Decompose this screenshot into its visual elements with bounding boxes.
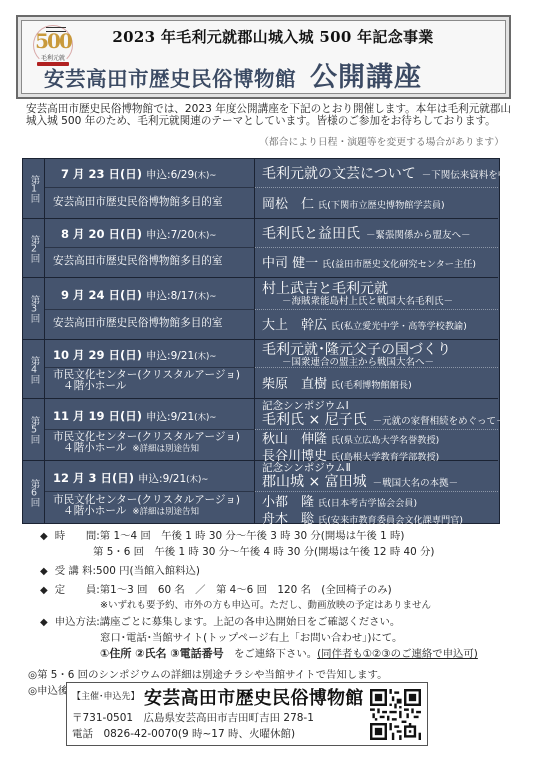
lecture-topic: 記念シンポジウムⅡ郡山城 × 富田城－戦国大名の本拠－: [262, 463, 458, 490]
lecture-topic: 毛利元就･隆元父子の国づくり－国衆連合の盟主から戦国大名へ－: [262, 342, 451, 368]
speakers: 大上 幹広氏(私立愛光中学・高等学校教諭): [262, 317, 467, 334]
application-channels: 窓口･電話･当館サイト(トップページ右上「お問い合わせ」)にて。: [100, 629, 402, 644]
venue: 市民文化センター(クリスタルアージョ)４階小ホール※詳細は別途告知: [53, 432, 240, 455]
table-row: 第2回 8 月 20 日(日)申込:7/20(木)~ 安芸高田市歴史民俗博物館多…: [23, 219, 498, 278]
speaker: 小都 隆氏(日本考古学協会会員): [262, 494, 463, 511]
venue: 安芸高田市歴史民俗博物館多目的室: [53, 318, 223, 329]
speaker: 大上 幹広氏(私立愛光中学・高等学校教諭): [262, 317, 467, 334]
speaker: 柴原 直樹氏(毛利博物館館長): [262, 376, 412, 393]
table-row: 第4回 10 月 29 日(日)申込:9/21(木)~ 市民文化センター(クリス…: [23, 340, 498, 399]
speakers: 岡松 仁氏(下関市立歴史博物館学芸員): [262, 196, 445, 213]
venue: 市民文化センター(クリスタルアージョ)４階小ホール※詳細は別途告知: [53, 495, 240, 518]
page-title: 安芸高田市歴史民俗博物館公開講座: [44, 55, 504, 94]
lecture-date: 11 月 19 日(日)申込:9/21(木)~: [53, 408, 216, 424]
venue: 市民文化センター(クリスタルアージョ)４階小ホール: [53, 370, 240, 392]
speaker: 岡松 仁氏(下関市立歴史博物館学芸員): [262, 196, 445, 213]
intro-text: 安芸高田市歴史民俗博物館では、2023 年度公開講座を下記のとおり開催します。本…: [26, 104, 516, 127]
speaker: 舟木 聡氏(安来市教育委員会文化課専門官): [262, 511, 463, 528]
application-required-info: ①住所 ②氏名 ③電話番号 をご連絡下さい。(同伴者も①②③のご連絡で申込可): [100, 645, 478, 661]
table-row: 第3回 9 月 24 日(日)申込:8/17(木)~ 安芸高田市歴史民俗博物館多…: [23, 278, 498, 340]
header-banner: 500 毛利元就 2023 年毛利元就郡山城入城 500 年記念事業 安芸高田市…: [16, 15, 511, 99]
lecture-date: 12 月 3 日(日)申込:9/21(木)~: [53, 470, 208, 486]
address: 〒731-0501 広島県安芸高田市吉田町吉田 278-1: [72, 710, 314, 725]
capacity-info: ◆定 員:第1～3 回 60 名 ／ 第 4～6 回 120 名 (全回椅子のみ…: [40, 581, 392, 596]
fee-info: ◆受 講 料:500 円(当館入館料込): [40, 562, 200, 577]
diamond-bullet-icon: ◆: [40, 531, 48, 542]
application-method: ◆申込方法:講座ごとに募集します。上記の各申込開始日をご確認ください。: [40, 613, 400, 628]
lecture-date: 8 月 20 日(日)申込:7/20(木)~: [61, 226, 216, 242]
lecture-title: 公開講座: [310, 62, 422, 93]
organizer-label: 【主催･申込先】: [72, 689, 140, 702]
schedule-change-note: （都合により日程・演題等を変更する場合があります）: [0, 134, 504, 148]
round-number: 第6回: [23, 461, 45, 523]
speakers: 中司 健一氏(益田市歴史文化研究センター主任): [262, 255, 476, 272]
lecture-topic: 村上武吉と毛利元就－海賊衆能島村上氏と戦国大名毛利氏－: [262, 281, 453, 307]
round-number: 第5回: [23, 399, 45, 460]
round-number: 第1回: [23, 159, 45, 218]
venue: 安芸高田市歴史民俗博物館多目的室: [53, 256, 223, 267]
phone: 電話 0826-42-0070(9 時~17 時、火曜休館): [72, 726, 295, 741]
organizer-contact-box: 【主催･申込先】 安芸高田市歴史民俗博物館 〒731-0501 広島県安芸高田市…: [66, 682, 428, 746]
speakers: 柴原 直樹氏(毛利博物館館長): [262, 376, 412, 393]
round-number: 第4回: [23, 340, 45, 398]
organizer-name: 安芸高田市歴史民俗博物館: [144, 684, 364, 710]
lecture-topic: 毛利元就の文芸について－下関伝来資料を中心に－: [262, 166, 536, 182]
table-row: 第1回 7 月 23 日(日)申込:6/29(木)~ 安芸高田市歴史民俗博物館多…: [23, 159, 498, 219]
symposium-notice: ◎第 5・6 回のシンポジウムの詳細は別途チラシや当館サイトで告知します。: [28, 666, 387, 681]
lecture-topic: 毛利氏と益田氏－緊張関係から盟友へ－: [262, 226, 471, 242]
round-number: 第2回: [23, 219, 45, 277]
qr-code-icon[interactable]: [370, 689, 421, 740]
lecture-date: 7 月 23 日(日)申込:6/29(木)~: [61, 166, 216, 182]
table-row: 第6回 12 月 3 日(日)申込:9/21(木)~ 市民文化センター(クリスタ…: [23, 461, 498, 523]
museum-name: 安芸高田市歴史民俗博物館: [44, 67, 296, 91]
round-number: 第3回: [23, 278, 45, 339]
event-subtitle: 2023 年毛利元就郡山城入城 500 年記念事業: [103, 26, 443, 47]
lecture-topic: 記念シンポジウムⅠ毛利氏 × 尼子氏－元就の家督相続をめぐって－: [262, 401, 505, 428]
speaker: 中司 健一氏(益田市歴史文化研究センター主任): [262, 255, 476, 272]
speaker: 秋山 伸隆氏(県立広島大学名誉教授): [262, 431, 439, 448]
lecture-date: 10 月 29 日(日)申込:9/21(木)~: [53, 347, 216, 363]
diamond-bullet-icon: ◆: [40, 566, 48, 577]
speakers: 秋山 伸隆氏(県立広島大学名誉教授) 長谷川博史氏(島根大学教育学部教授): [262, 431, 439, 464]
capacity-note: ※いずれも要予約、市外の方も申込可。ただし、動画放映の予定はありません: [100, 597, 431, 611]
diamond-bullet-icon: ◆: [40, 585, 48, 596]
diamond-bullet-icon: ◆: [40, 617, 48, 628]
time-info: ◆時 間:第 1～4 回 午後 1 時 30 分～午後 3 時 30 分(開場は…: [40, 527, 404, 542]
lecture-schedule-table: 第1回 7 月 23 日(日)申込:6/29(木)~ 安芸高田市歴史民俗博物館多…: [22, 158, 500, 524]
speakers: 小都 隆氏(日本考古学協会会員) 舟木 聡氏(安来市教育委員会文化課専門官): [262, 494, 463, 527]
table-row: 第5回 11 月 19 日(日)申込:9/21(木)~ 市民文化センター(クリス…: [23, 399, 498, 461]
lecture-date: 9 月 24 日(日)申込:8/17(木)~: [61, 287, 216, 303]
time-info-2: 第 5・6 回 午後 1 時 30 分～午後 4 時 30 分(開場は午後 12…: [93, 543, 435, 558]
venue: 安芸高田市歴史民俗博物館多目的室: [53, 197, 223, 208]
